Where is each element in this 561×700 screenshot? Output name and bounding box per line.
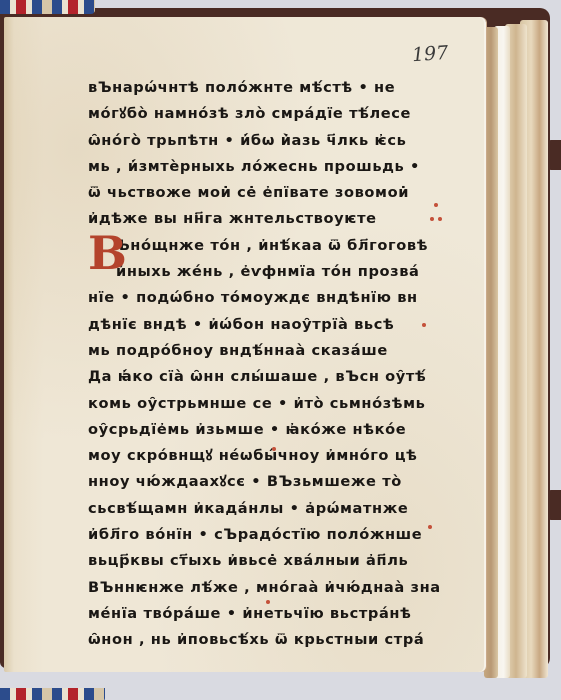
text-line: нноу чю́ждаахꙋсє • ВЪзьмшеже то̀ bbox=[88, 469, 448, 495]
text-block: В вЪнарѡ́чнтѣ поло́жнте мѣ́стѣ • не мо́г… bbox=[88, 75, 448, 654]
text-line: ѡ̑но́го̀ трьпѣтн • и҆́бѡ ѝ҆азь ч҃лкь ѥ҆с… bbox=[88, 128, 448, 154]
text-line: ВЪннѥнже лѣ́же , мно́гаа̀ и҆чю́днаа̀ зна bbox=[88, 575, 448, 601]
clasp-lower bbox=[547, 490, 561, 520]
rubric-dot bbox=[266, 600, 270, 604]
text-line: ѡ̑нон , нь и҆повьсѣ́хь ѿ крьстныи стра́ bbox=[88, 627, 448, 653]
text-line: мо́гꙋбо̀ намно́зѣ зло̀ смра́дїе тѣ́лесе bbox=[88, 101, 448, 127]
text-line: моу скро́внщꙋ не́ѡбы́чноу и҆мно́го цѣ bbox=[88, 443, 448, 469]
text-line: дѣнїє вндѣ • и҆ѡ́бон наоу̑трїа̀ вьсѣ bbox=[88, 312, 448, 338]
headband-bottom bbox=[0, 688, 105, 700]
manuscript-page: 197 В вЪнарѡ́чнтѣ поло́жнте мѣ́стѣ • не … bbox=[4, 17, 486, 672]
drop-cap-initial: В bbox=[88, 229, 127, 277]
clasp-upper bbox=[547, 140, 561, 170]
text-line: мь подро́бноу вндѣ́ннаа̀ сказа́ше bbox=[88, 338, 448, 364]
folio-number: 197 bbox=[411, 42, 449, 66]
text-line: нїе • подѡ́бно то́моуждє вндѣнїю вн bbox=[88, 285, 448, 311]
text-line: Да ꙗ҆́ко сїа̀ ѡ̑нн слы́шаше , вЪсн оу̑тѣ… bbox=[88, 364, 448, 390]
headband-top bbox=[0, 0, 95, 14]
text-line: Ъно́щнже то́н , и҆нѣ́каа ѿ бл҃гоговѣ bbox=[88, 233, 448, 259]
rubric-dot bbox=[422, 323, 426, 327]
rubric-dot bbox=[434, 203, 438, 207]
text-line: вьцр҃квы ст҃ыхь и҆вьсе̇ хва́лныи а҆п҃ль bbox=[88, 548, 448, 574]
text-line: мь , и҆́змтѐрныхь ло́жеснь прошьдь • bbox=[88, 154, 448, 180]
text-line: вЪнарѡ́чнтѣ поло́жнте мѣ́стѣ • не bbox=[88, 75, 448, 101]
book-photo: 197 В вЪнарѡ́чнтѣ поло́жнте мѣ́стѣ • не … bbox=[0, 0, 561, 700]
text-line: и҆дѣже вы нн҃га жнтельствоуѥте bbox=[88, 206, 448, 232]
rubric-dot bbox=[430, 217, 434, 221]
rubric-dot bbox=[428, 525, 432, 529]
text-line: оу̑срьдїе҆мь и҆зьмше • ꙗ҆ко́же нѣко́е bbox=[88, 417, 448, 443]
rubric-dot bbox=[438, 217, 442, 221]
text-line: и҆бл҃го во́нїн • сЪрадо́стїю поло́жнше bbox=[88, 522, 448, 548]
text-line: ѿ чьствоже мои̇ се̇ е҆пївате зовомои̇ bbox=[88, 180, 448, 206]
text-line: и҆ныхь же́нь , е҆ѵфнмїа то́н прозва́ bbox=[88, 259, 448, 285]
rubric-dot bbox=[272, 447, 276, 451]
text-line: ме́нїа тво́ра́ше • и҆нетьчїю вьстра́нѣ bbox=[88, 601, 448, 627]
text-line: комь оу̑стрьмнше се • и҆то̀ сьмно́зѣмь bbox=[88, 391, 448, 417]
text-line: сьсвѣ́щамн и҆када́нлы • а҆рѡ́матнже bbox=[88, 496, 448, 522]
page-edge-stack bbox=[484, 27, 498, 678]
